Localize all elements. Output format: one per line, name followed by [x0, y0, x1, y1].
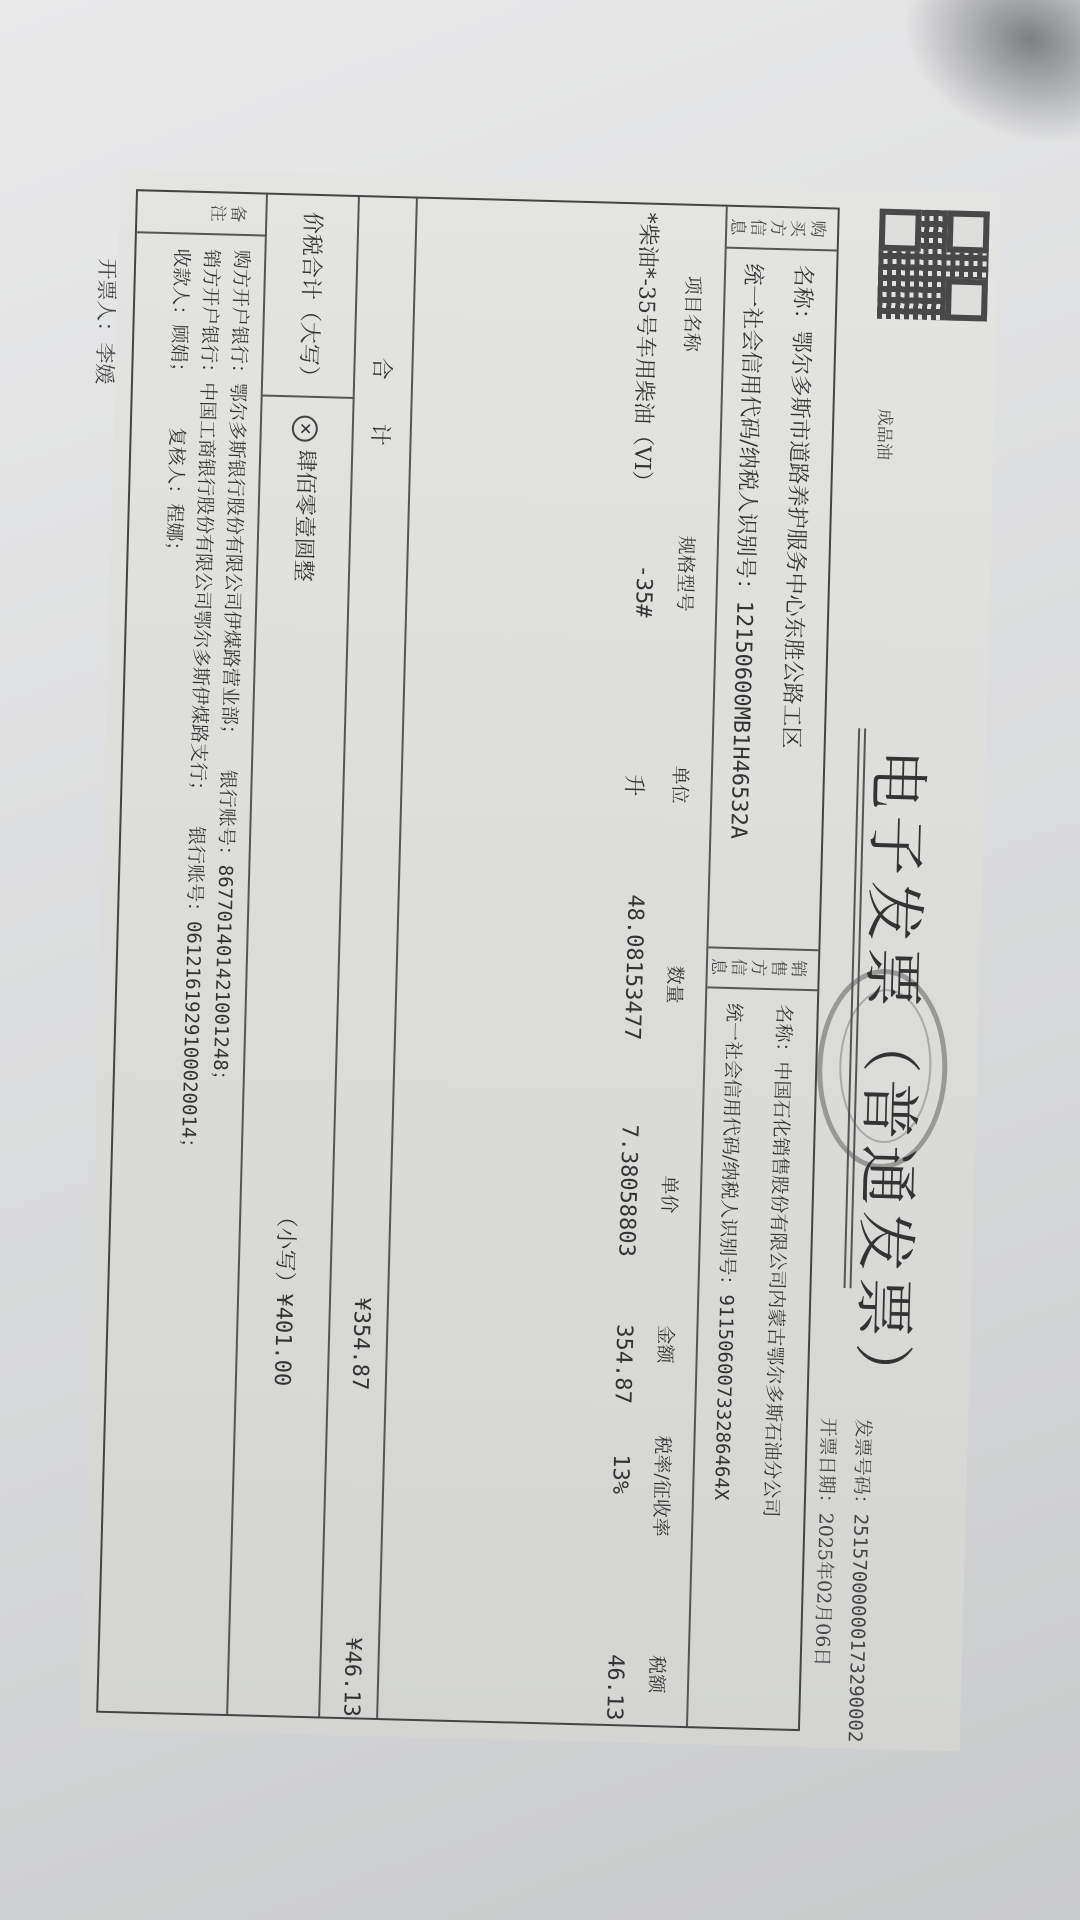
- total-small-value: ¥401.00: [269, 1293, 296, 1386]
- seller-account-label: 银行账号：: [183, 826, 207, 922]
- issue-date: 开票日期：2025年02月06日: [810, 1417, 844, 1666]
- column-header-quantity: 数量: [662, 965, 690, 1004]
- seller-tax-id: 统一社会信用代码/纳税人识别号：91150600733286464X: [709, 1003, 749, 1501]
- payee-label: 收款人：: [169, 248, 193, 325]
- buyer-tax-id: 统一社会信用代码/纳税人识别号：12150600MB1H46532A: [724, 263, 770, 839]
- background-shadow: [874, 0, 1080, 178]
- qr-finder: [947, 210, 990, 253]
- qr-finder: [945, 278, 988, 321]
- item-amount: 354.87: [609, 1324, 636, 1404]
- buyer-account-value: 867701401421001248；: [208, 865, 236, 1090]
- column-header-item-name: 项目名称: [679, 275, 708, 352]
- invoice-number-label: 发票号码：: [850, 1418, 874, 1514]
- total-in-words-value: 肆佰零壹圆整: [290, 449, 318, 582]
- invoice-table: 购买方信息 名称：鄂尔多斯市道路养护服务中心东胜公路工区 统一社会信用代码/纳税…: [96, 189, 840, 1731]
- column-header-spec: 规格型号: [672, 535, 701, 612]
- qr-finder: [879, 209, 922, 252]
- buyer-name-value: 鄂尔多斯市道路养护服务中心东胜公路工区: [778, 330, 814, 749]
- reviewer-value: 程娜；: [162, 503, 185, 561]
- remarks-label: 备注: [207, 202, 248, 225]
- item-tax-rate: 13%: [607, 1454, 633, 1494]
- item-unit: 升: [619, 774, 651, 797]
- cross-circle-icon: ✕: [291, 415, 318, 442]
- seller-account-value: 0612161929100020014；: [177, 921, 205, 1158]
- issue-date-value: 2025年02月06日: [811, 1512, 837, 1666]
- qr-code: [877, 209, 990, 322]
- column-header-tax: 税额: [644, 1655, 672, 1694]
- payee-reviewer: 收款人：顾娟； 复核人：程娜；: [161, 248, 196, 561]
- total-in-words: ✕肆佰零壹圆整: [288, 415, 324, 582]
- buyer-tax-id-label: 统一社会信用代码/纳税人识别号：: [731, 263, 765, 601]
- issuer-value: 李媛: [92, 342, 117, 385]
- seller-name: 名称：中国石化销售股份有限公司内蒙古鄂尔多斯石油分公司: [758, 1004, 798, 1518]
- total-small: （小写）¥401.00: [268, 1205, 304, 1386]
- seller-bank-label: 销方开户银行：: [197, 249, 222, 383]
- total-small-label: （小写）: [271, 1205, 298, 1294]
- seller-side-label: 销售方信息: [708, 955, 809, 980]
- reviewer-label: 复核人：: [164, 427, 188, 504]
- buyer-account-label: 银行账号：: [214, 770, 238, 866]
- payee-value: 顾娟；: [167, 324, 190, 382]
- total-label: 价税合计（大写）: [294, 211, 330, 388]
- buyer-name-label: 名称：: [789, 264, 816, 331]
- divider: [727, 247, 837, 252]
- item-name: *柴油*-35号车用柴油（VI）: [627, 212, 665, 493]
- column-header-tax-rate: 税率/征收率: [648, 1435, 678, 1537]
- issuer-label: 开票人：: [93, 258, 119, 343]
- divider: [707, 986, 817, 991]
- subtotal-tax: ¥46.13: [338, 1637, 365, 1717]
- divider: [708, 946, 818, 951]
- buyer-bank-label: 购方开户银行：: [227, 250, 252, 384]
- column-header-unit-price: 单价: [656, 1175, 684, 1214]
- buyer-name: 名称：鄂尔多斯市道路养护服务中心东胜公路工区: [777, 264, 821, 749]
- column-header-amount: 金额: [652, 1325, 680, 1364]
- seller-name-label: 名称：: [771, 1004, 794, 1062]
- item-unit-price: 7.38058803: [613, 1124, 641, 1257]
- seller-tax-id-value: 91150600733286464X: [710, 1294, 737, 1500]
- seller-tax-id-label: 统一社会信用代码/纳税人识别号：: [715, 1003, 745, 1295]
- subtotal-amount: ¥354.87: [347, 1297, 374, 1390]
- divider: [318, 197, 360, 1717]
- item-spec: -35#: [630, 564, 656, 618]
- buyer-tax-id-value: 12150600MB1H46532A: [725, 600, 756, 839]
- issuer: 开票人：李媛: [90, 258, 123, 385]
- invoice-title: 电子发票（普通发票）: [842, 748, 945, 1410]
- column-header-unit: 单位: [667, 765, 695, 804]
- buyer-bank-value: 鄂尔多斯银行股份有限公司伊煤路营业部；: [218, 383, 249, 744]
- issue-date-label: 开票日期：: [815, 1417, 839, 1513]
- item-tax: 46.13: [601, 1654, 628, 1721]
- buyer-side-label: 购买方信息: [727, 216, 828, 241]
- product-tag: 成品油: [873, 409, 899, 461]
- divider: [137, 231, 267, 236]
- item-quantity: 48.08153477: [619, 894, 648, 1040]
- invoice-number: 发票号码：25157000000173290002: [843, 1418, 878, 1742]
- invoice-sheet: 成品油 电子发票（普通发票） 发票号码：25157000000173290002…: [80, 169, 1001, 1752]
- invoice-number-value: 25157000000173290002: [844, 1513, 872, 1742]
- seller-name-value: 中国石化销售股份有限公司内蒙古鄂尔多斯石油分公司: [759, 1061, 793, 1517]
- divider: [263, 395, 355, 399]
- subtotal-label: 合 计: [365, 357, 398, 446]
